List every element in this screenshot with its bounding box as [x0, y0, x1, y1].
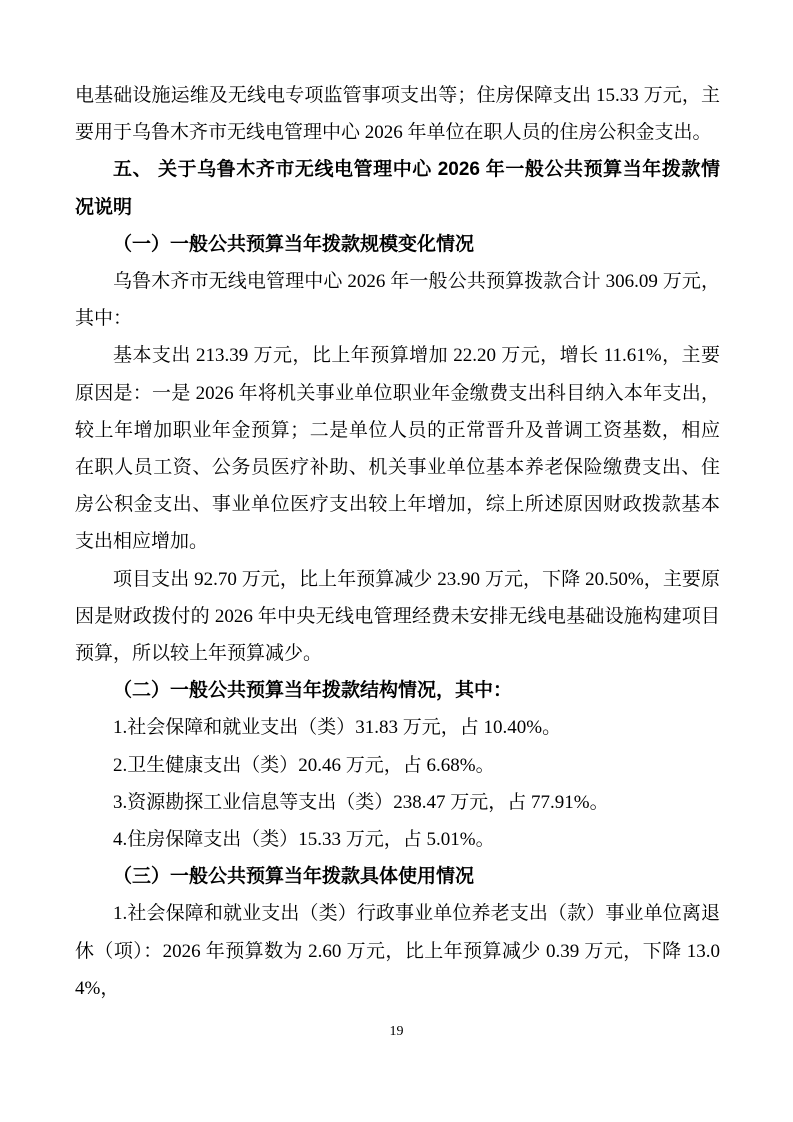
section-heading: 五、 关于乌鲁木齐市无线电管理中心 2026 年一般公共预算当年拨款情况说明: [75, 151, 720, 225]
page-number: 19: [0, 1024, 793, 1040]
section-heading: （一）一般公共预算当年拨款规模变化情况: [75, 226, 720, 263]
paragraph: 电基础设施运维及无线电专项监管事项支出等；住房保障支出 15.33 万元，主要用…: [75, 77, 720, 151]
paragraph: 乌鲁木齐市无线电管理中心 2026 年一般公共预算拨款合计 306.09 万元，…: [75, 263, 720, 337]
paragraph: 基本支出 213.39 万元，比上年预算增加 22.20 万元，增长 11.61…: [75, 337, 720, 560]
paragraph: 1.社会保障和就业支出（类）行政事业单位养老支出（款）事业单位离退休（项）：20…: [75, 895, 720, 1007]
document-body: 电基础设施运维及无线电专项监管事项支出等；住房保障支出 15.33 万元，主要用…: [75, 77, 720, 1007]
section-heading: （二）一般公共预算当年拨款结构情况，其中：: [75, 672, 720, 709]
document-page: 电基础设施运维及无线电专项监管事项支出等；住房保障支出 15.33 万元，主要用…: [0, 0, 793, 1122]
paragraph: 4.住房保障支出（类）15.33 万元，占 5.01%。: [75, 821, 720, 858]
paragraph: 1.社会保障和就业支出（类）31.83 万元，占 10.40%。: [75, 709, 720, 746]
paragraph: 3.资源勘探工业信息等支出（类）238.47 万元，占 77.91%。: [75, 784, 720, 821]
paragraph: 项目支出 92.70 万元，比上年预算减少 23.90 万元，下降 20.50%…: [75, 561, 720, 673]
paragraph: 2.卫生健康支出（类）20.46 万元，占 6.68%。: [75, 747, 720, 784]
section-heading: （三）一般公共预算当年拨款具体使用情况: [75, 858, 720, 895]
